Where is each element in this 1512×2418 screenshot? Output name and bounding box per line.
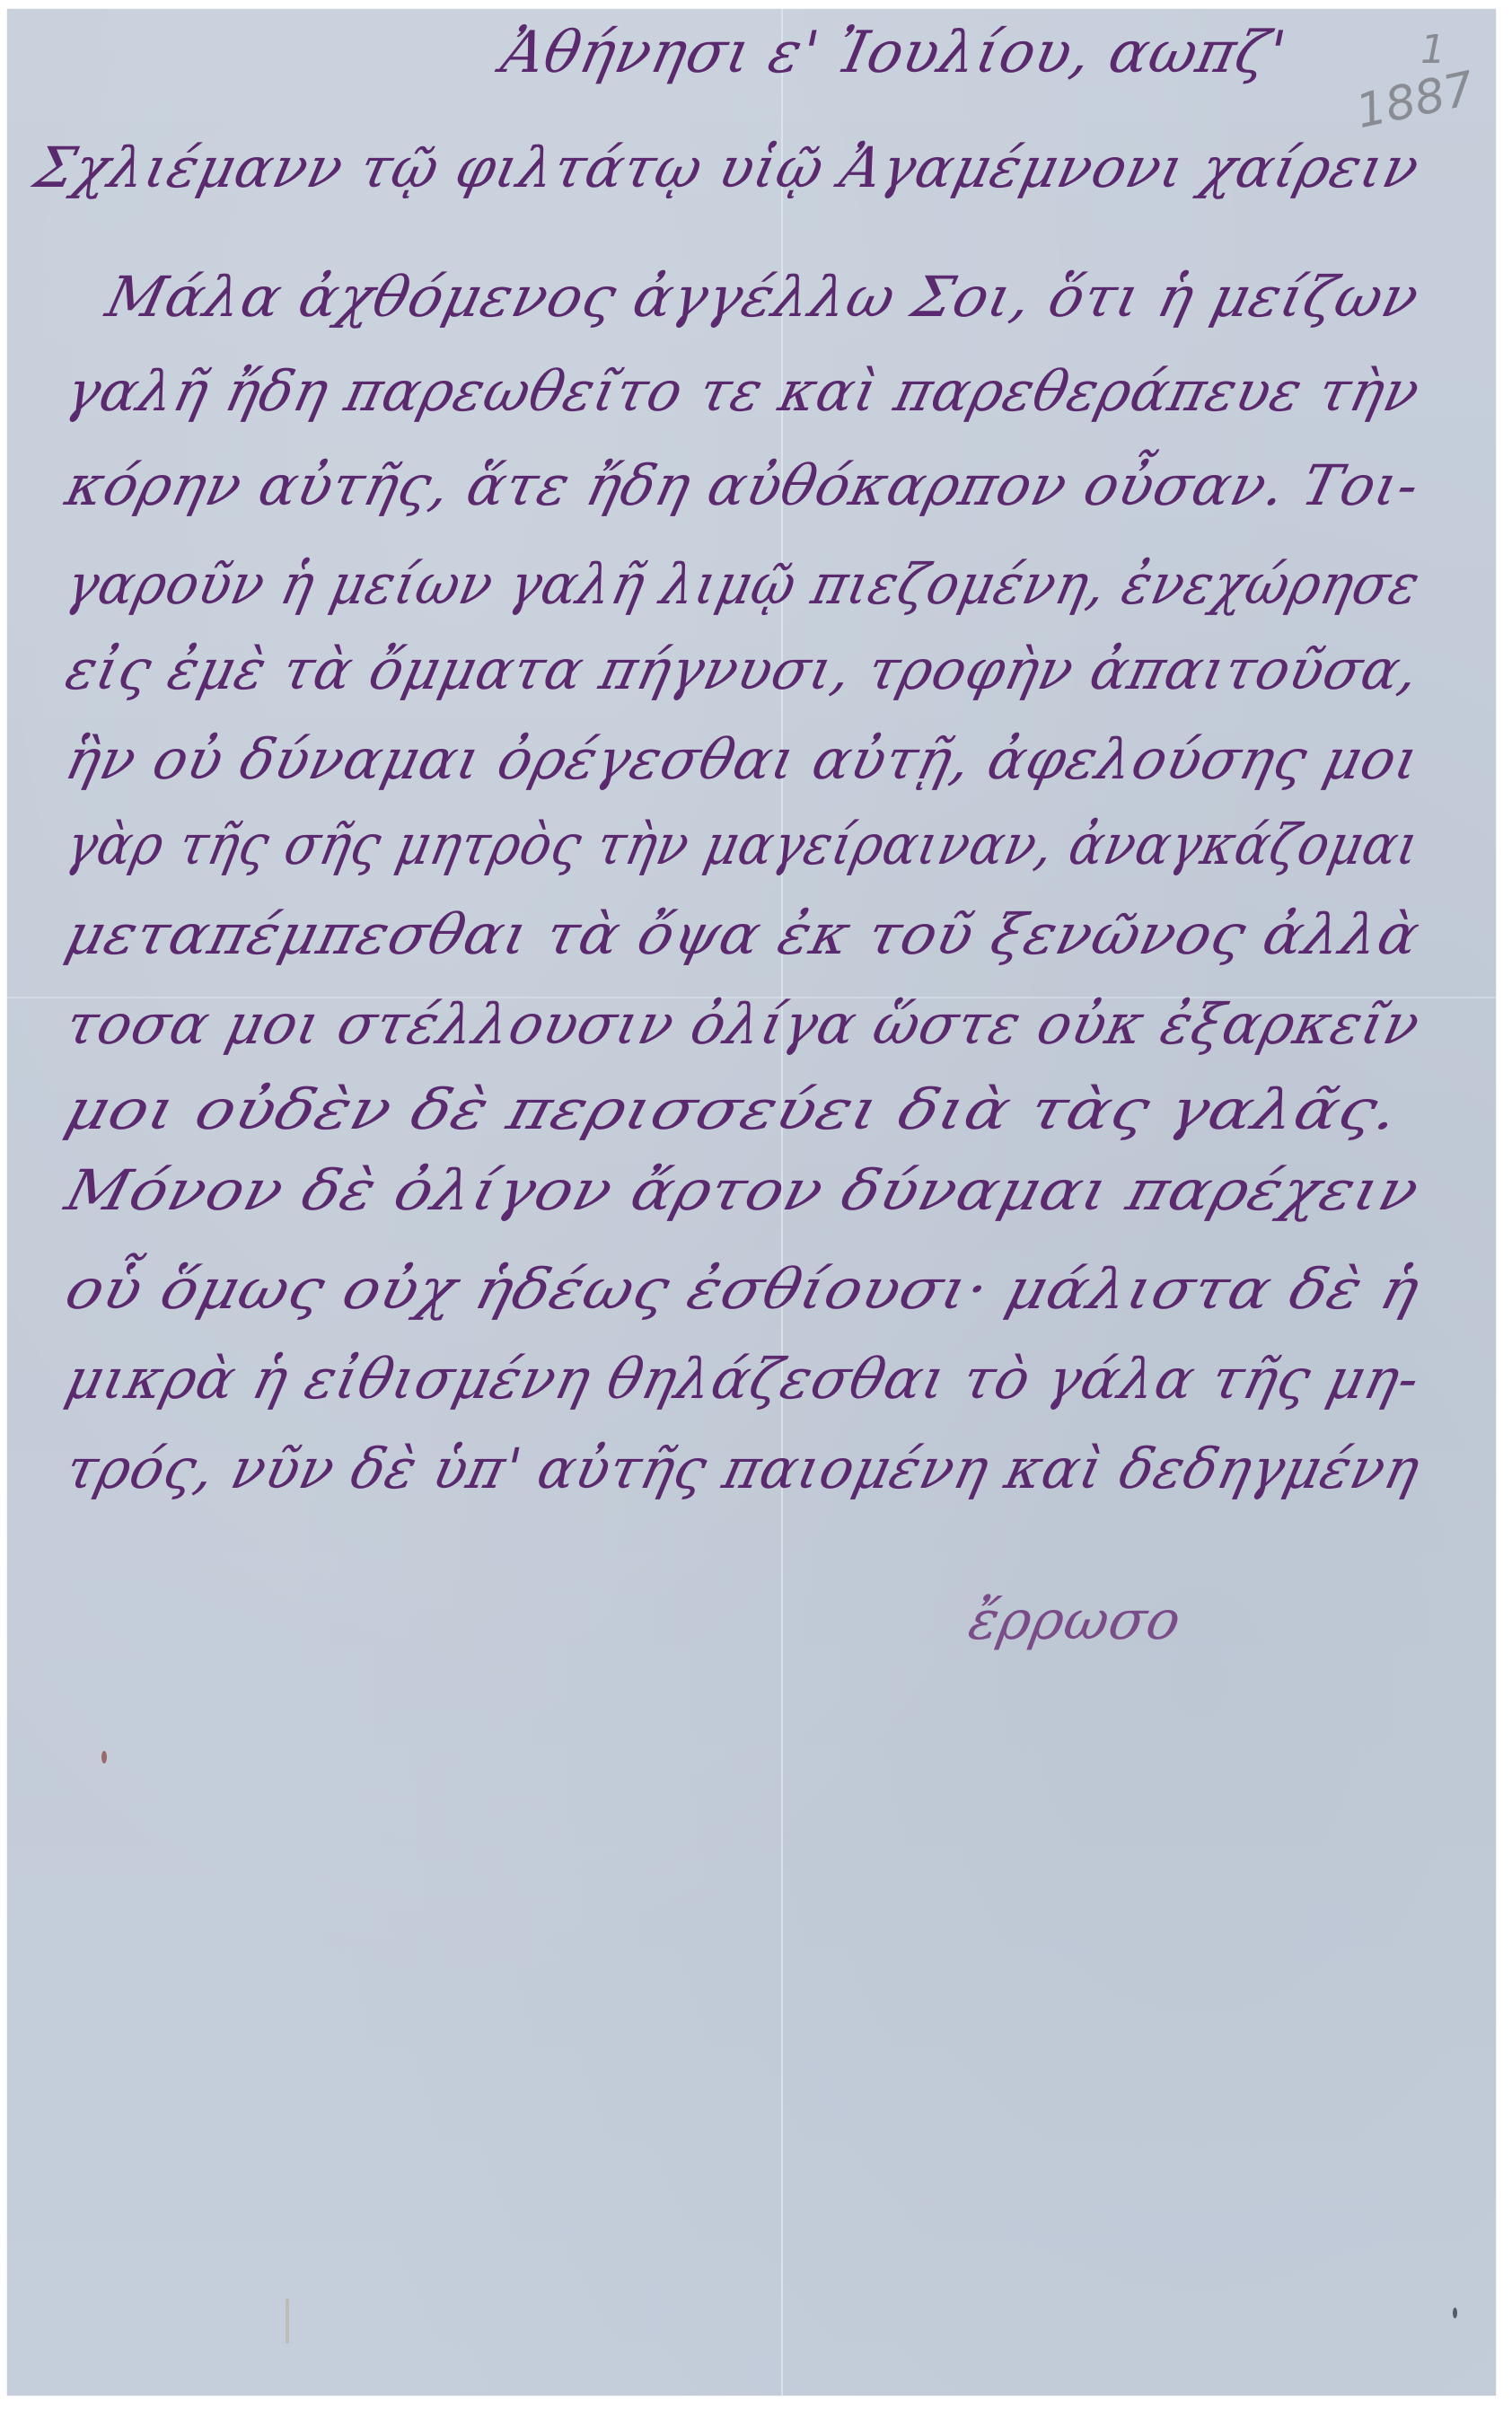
letter-body-line: γὰρ τῆς σῆς μητρὸς τὴν μαγείραιναν, ἀναγ… bbox=[62, 817, 1425, 873]
letter-body-line: μεταπέμπεσθαι τὰ ὄψα ἐκ τοῦ ξενῶνος ἀλλὰ bbox=[61, 907, 1426, 963]
paper-stain bbox=[101, 1751, 107, 1763]
letter-body-line: γαροῦν ἡ μείων γαλῆ λιμῷ πιεζομένη, ἐνεχ… bbox=[61, 557, 1425, 612]
letter-body-line: γαλῆ ἤδη παρεωθεῖτο τε καὶ παρεθεράπευε … bbox=[61, 364, 1426, 419]
letter-body-line: οὗ ὅμως οὐχ ἡδέως ἐσθίουσι· μάλιστα δὲ ἡ bbox=[60, 1262, 1426, 1317]
letter-body-line: μικρὰ ἡ εἰθισμένη θηλάζεσθαι τὸ γάλα τῆς… bbox=[61, 1351, 1425, 1407]
folio-number-annotation: 1 bbox=[1420, 27, 1446, 73]
letter-closing: ἔρρωσο bbox=[964, 1589, 1186, 1652]
paper-stain bbox=[1453, 2308, 1457, 2318]
letter-dateline: Ἀθήνησι ε' Ἰουλίου, αωπζ' bbox=[496, 20, 1292, 86]
letter-body-line: ἣν οὐ δύναμαι ὀρέγεσθαι αὐτῇ, ἀφελούσης … bbox=[61, 732, 1425, 787]
letter-body-line: τοσα μοι στέλλουσιν ὀλίγα ὥστε οὐκ ἐξαρκ… bbox=[61, 997, 1426, 1052]
letter-body-line: κόρην αὐτῆς, ἅτε ἤδη αὐθόκαρπον οὖσαν. Τ… bbox=[61, 458, 1425, 514]
letter-body-line: μοι οὐδὲν δὲ περισσεύει διὰ τὰς γαλᾶς. bbox=[60, 1082, 1406, 1138]
letter-body-line: Μάλα ἀχθόμενος ἀγγέλλω Σοι, ὅτι ἡ μείζων bbox=[101, 269, 1425, 325]
letter-body-line: Μόνον δὲ ὀλίγον ἄρτον δύναμαι παρέχειν bbox=[60, 1163, 1425, 1218]
letter-body-line: εἰς ἐμὲ τὰ ὄμματα πήγνυσι, τροφὴν ἀπαιτο… bbox=[61, 642, 1425, 698]
paper-stain bbox=[286, 2299, 289, 2343]
letter-body-line: τρός, νῦν δὲ ὑπ' αὐτῆς παιομένη καὶ δεδη… bbox=[61, 1441, 1425, 1497]
letter-greeting: Σχλιέμανν τῷ φιλτάτῳ υἱῷ Ἀγαμέμνονι χαίρ… bbox=[29, 135, 1427, 200]
